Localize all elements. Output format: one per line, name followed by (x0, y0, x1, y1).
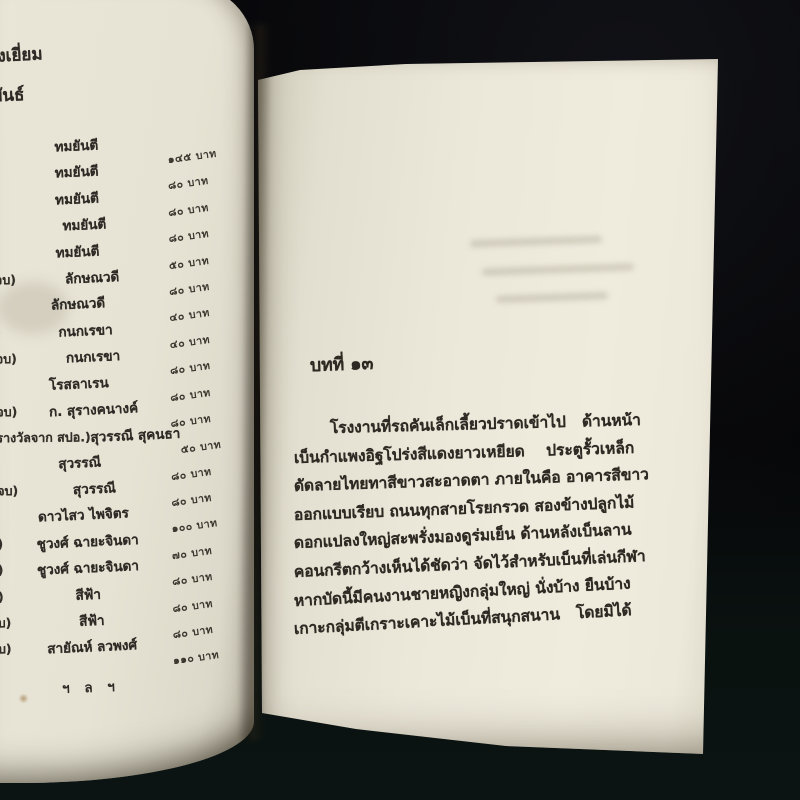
page-bleed-through (496, 292, 608, 303)
list-row: บ)กนกเรขา๔๐ บาท (0, 317, 245, 346)
row-author: ทมยันตี (0, 210, 169, 240)
row-author: ดาวไสว ไพจิตร (0, 500, 172, 530)
row-author: สายัณห์ ลวพงศ์ (11, 632, 173, 661)
row-author: สีฟ้า (3, 579, 172, 609)
chapter-heading: บทที่ ๑๓ (309, 349, 373, 379)
left-page: รื่องเยี่ยม ะพันธ์ ทมยันตี๑๔๕ บาท ทมยันต… (0, 0, 254, 783)
list-row: บรางวัลจาก สปอ.)สุวรรณี สุคนธา๕๐ บาท (0, 423, 247, 452)
row-title-fragment: มจบ) (0, 402, 17, 422)
row-title-fragment: จบ) (0, 640, 12, 660)
row-author: สุวรรณี (0, 447, 171, 477)
book-photo: บทที่ ๑๓ โรงงานที่รถคันเล็กเลี้ยวปราดเข้… (0, 0, 800, 800)
list-row: ทมยันตี๕๐ บาท (0, 238, 245, 267)
list-row: มจบ)สุวรรณี๘๐ บาท (0, 476, 247, 505)
list-row: จบ)สายัณห์ ลวพงศ์๑๑๐ บาท (0, 634, 248, 663)
list-row: จบ)สีฟ้า๘๐ บาท (0, 608, 248, 637)
foxing-spot (18, 694, 29, 703)
list-row: ทมยันตี๘๐ บาท (0, 185, 244, 214)
row-title-fragment: จบ) (0, 613, 11, 633)
row-author: สุวรรณี สุคนธา (90, 422, 181, 448)
row-title-fragment: บรางวัลจาก สปอ.) (0, 428, 91, 449)
list-row: โรสลาเรน๘๐ บาท (0, 370, 246, 399)
row-price: ๑๑๐ บาท (172, 643, 250, 670)
right-page: บทที่ ๑๓ โรงงานที่รถคันเล็กเลี้ยวปราดเข้… (256, 56, 720, 760)
list-row: ทมยันตี๑๔๕ บาท (0, 133, 244, 162)
row-title-fragment: มจบ) (0, 349, 17, 369)
left-heading-fragment: รื่องเยี่ยม (0, 40, 43, 70)
row-author: กนกเรขา (16, 342, 170, 371)
list-row: บ)ชูวงศ์ ฉายะจินดา๗๐ บาท (0, 529, 248, 558)
list-row: )ดาวไสว ไพจิตร๑๐๐ บาท (0, 502, 247, 531)
row-title-fragment: มจบ) (0, 270, 16, 290)
row-title-fragment: มจบ) (0, 481, 18, 501)
row-author: ก. สุรางคนางค์ (17, 395, 171, 424)
et-cetera-mark: ฯ ล ฯ (62, 675, 121, 699)
page-bleed-through (470, 236, 602, 248)
book-price-list: ทมยันตี๑๔๕ บาท ทมยันตี๘๐ บาท ทมยันตี๘๐ บ… (0, 133, 249, 663)
row-author: สุวรรณี (18, 474, 172, 503)
row-author: สีฟ้า (11, 606, 173, 635)
list-row: มจบ)ลักษณวดี๘๐ บาท (0, 265, 245, 294)
row-author: ชูวงศ์ ฉายะจินดา (3, 553, 172, 583)
row-author: ลักษณวดี (16, 263, 170, 292)
list-row: มจบ)กนกเรขา๘๐ บาท (0, 344, 246, 373)
row-author: ทมยันตี (0, 236, 169, 266)
row-author: ชูวงศ์ ฉายะจินดา (3, 526, 172, 556)
row-author: ทมยันตี (0, 183, 168, 213)
list-row: ทมยันตี๘๐ บาท (0, 159, 244, 188)
row-author: ทมยันตี (0, 130, 168, 160)
page-bleed-through (482, 263, 634, 275)
row-author: ทมยันตี (0, 157, 168, 187)
left-heading-fragment: ะพันธ์ (0, 81, 25, 110)
list-row: บ)ชูวงศ์ ฉายะจินดา๘๐ บาท (0, 555, 248, 584)
list-row: ลักษณวดี๔๐ บาท (0, 291, 245, 320)
row-author: กนกเรขา (1, 315, 170, 345)
row-author: ลักษณวดี (0, 289, 169, 319)
row-author: โรสลาเรน (0, 368, 170, 398)
chapter-paragraph: โรงงานที่รถคันเล็กเลี้ยวปราดเข้าไป ด้านห… (294, 416, 706, 645)
list-row: บ)สีฟ้า๘๐ บาท (0, 581, 248, 610)
list-row: บ)ทมยันตี๘๐ บาท (0, 212, 244, 241)
